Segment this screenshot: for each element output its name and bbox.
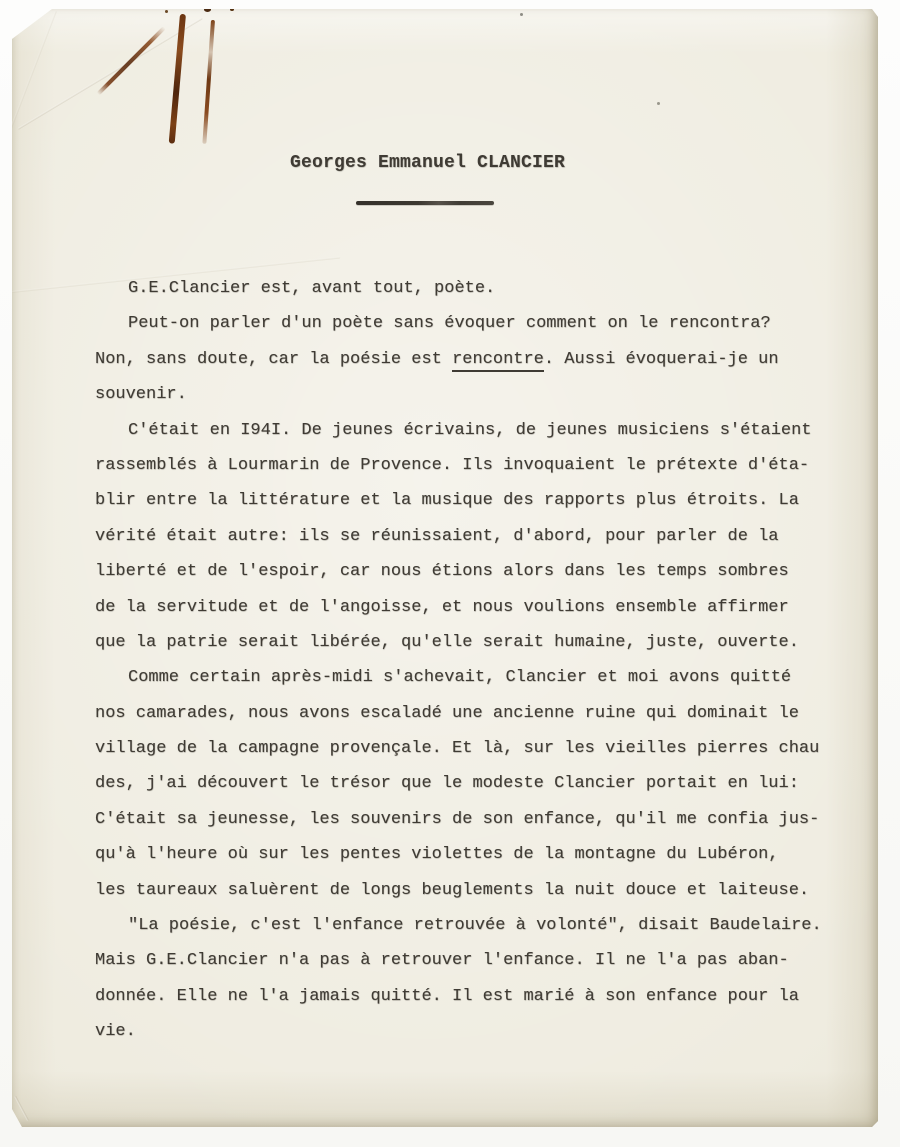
- fold-crease-top-left: [17, 17, 202, 129]
- text-line: "La poésie, c'est l'enfance retrouvée à …: [95, 908, 855, 943]
- text-line: nos camarades, nous avons escaladé une a…: [95, 696, 855, 731]
- text-line: souvenir.: [95, 377, 855, 412]
- text-line: de la servitude et de l'angoisse, et nou…: [95, 590, 855, 625]
- ink-speck: [230, 8, 234, 11]
- scan-background: Georges Emmanuel CLANCIER G.E.Clancier e…: [0, 0, 900, 1147]
- paperclip-rust-stain-diagonal: [97, 26, 166, 95]
- fold-crease-vertical: [0, 11, 57, 212]
- text-line: liberté et de l'espoir, car nous étions …: [95, 554, 855, 589]
- paperclip-rust-stain-left: [169, 14, 186, 144]
- text-line: Comme certain après-midi s'achevait, Cla…: [95, 660, 855, 695]
- text-line: C'était sa jeunesse, les souvenirs de so…: [95, 802, 855, 837]
- text-line: Non, sans doute, car la poésie est renco…: [95, 342, 855, 377]
- text-segment: Non, sans doute, car la poésie est: [95, 350, 452, 369]
- text-line: blir entre la littérature et la musique …: [95, 483, 855, 518]
- text-line: Peut-on parler d'un poète sans évoquer c…: [95, 306, 855, 341]
- text-line: rassemblés à Lourmarin de Provence. Ils …: [95, 448, 855, 483]
- text-line: G.E.Clancier est, avant tout, poète.: [95, 271, 855, 306]
- typewritten-text: G.E.Clancier est, avant tout, poète.Peut…: [95, 271, 855, 1050]
- ink-speck: [204, 7, 211, 12]
- text-line: vérité était autre: ils se réunissaient,…: [95, 519, 855, 554]
- text-line: vie.: [95, 1014, 855, 1049]
- document-title: Georges Emmanuel CLANCIER: [290, 153, 565, 173]
- text-line: C'était en I94I. De jeunes écrivains, de…: [95, 413, 855, 448]
- document-page: Georges Emmanuel CLANCIER G.E.Clancier e…: [12, 9, 878, 1127]
- ink-speck: [165, 10, 168, 13]
- ink-speck: [657, 102, 660, 105]
- underlined-word: rencontre: [452, 350, 544, 372]
- text-line: village de la campagne provençale. Et là…: [95, 731, 855, 766]
- paperclip-rust-stain-right: [202, 20, 215, 144]
- text-line: des, j'ai découvert le trésor que le mod…: [95, 766, 855, 801]
- text-line: donnée. Elle ne l'a jamais quitté. Il es…: [95, 979, 855, 1014]
- text-segment: . Aussi évoquerai-je un: [544, 350, 779, 369]
- text-line: que la patrie serait libérée, qu'elle se…: [95, 625, 855, 660]
- ink-speck: [520, 13, 523, 16]
- fold-crease-bottom-left: [14, 1096, 29, 1122]
- text-line: qu'à l'heure où sur les pentes violettes…: [95, 837, 855, 872]
- text-line: les taureaux saluèrent de longs beugleme…: [95, 873, 855, 908]
- text-line: Mais G.E.Clancier n'a pas à retrouver l'…: [95, 943, 855, 978]
- title-underline: [356, 201, 494, 205]
